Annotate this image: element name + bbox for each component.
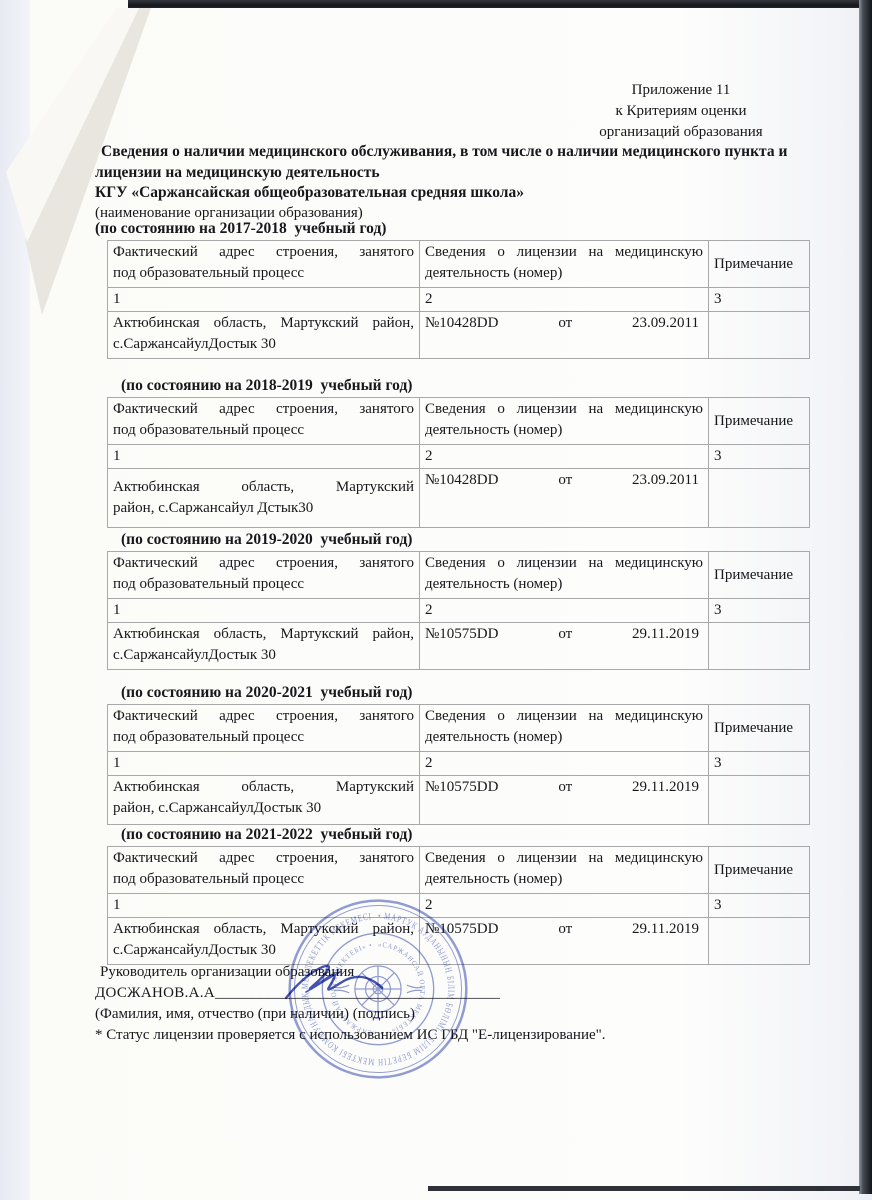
address-cell: Актюбинская область, Мартукский район, с… xyxy=(108,918,420,965)
col2-header-line2: деятельность (номер) xyxy=(425,574,703,595)
column-number-1: 1 xyxy=(108,288,420,312)
license-date: 29.11.2019 xyxy=(632,919,699,940)
col1-header-line2: под образовательный процесс xyxy=(113,574,414,595)
footer-signature-row: ДОСЖАНОВ.А.А____________________________… xyxy=(95,983,775,1004)
year-section: (по состоянию на 2018-2019 учебный год) … xyxy=(107,377,815,528)
col2-header-line1: Сведения о лицензии на медицинскую xyxy=(425,242,703,263)
footer-note: * Статус лицензии проверяется с использо… xyxy=(95,1025,775,1046)
license-table: Фактический адрес строения, занятого под… xyxy=(107,704,810,825)
license-date: 23.09.2011 xyxy=(632,470,699,491)
col2-header-line2: деятельность (номер) xyxy=(425,263,703,284)
col2-header-line2: деятельность (номер) xyxy=(425,869,703,890)
license-from-word: от xyxy=(558,313,572,334)
section-heading: (по состоянию на 2020-2021 учебный год) xyxy=(121,684,815,704)
address-line-1: Актюбинская область, Мартукский район, xyxy=(113,624,414,645)
document-title: Сведения о наличии медицинского обслужив… xyxy=(95,142,801,183)
license-cell: №10575DD от 29.11.2019 xyxy=(420,623,709,670)
column-number-row: 1 2 3 xyxy=(108,288,810,312)
license-table: Фактический адрес строения, занятого под… xyxy=(107,240,810,359)
license-from-word: от xyxy=(558,777,572,798)
table-header-col2: Сведения о лицензии на медицинскую деяте… xyxy=(420,398,709,445)
note-cell xyxy=(709,312,810,359)
table-header-row: Фактический адрес строения, занятого под… xyxy=(108,847,810,894)
address-line-2: с.СаржансайулДостык 30 xyxy=(113,334,414,355)
note-cell xyxy=(709,623,810,670)
license-number: №10575DD xyxy=(425,624,498,645)
table-header-col3: Примечание xyxy=(709,705,810,752)
column-number-row: 1 2 3 xyxy=(108,752,810,776)
address-line-1: Актюбинская область, Мартукский район, xyxy=(113,919,414,940)
table-header-row: Фактический адрес строения, занятого под… xyxy=(108,241,810,288)
table-header-col2: Сведения о лицензии на медицинскую деяте… xyxy=(420,552,709,599)
note-cell xyxy=(709,918,810,965)
note-cell xyxy=(709,469,810,528)
license-table: Фактический адрес строения, занятого под… xyxy=(107,397,810,528)
section-heading: (по состоянию на 2018-2019 учебный год) xyxy=(121,377,815,397)
signature-line: ______________________________________ xyxy=(215,985,500,1001)
table-header-row: Фактический адрес строения, занятого под… xyxy=(108,552,810,599)
document-title-line-1: Сведения о наличии медицинского обслужив… xyxy=(95,142,801,163)
col1-header-line2: под образовательный процесс xyxy=(113,420,414,441)
table-header-col2: Сведения о лицензии на медицинскую деяте… xyxy=(420,847,709,894)
address-cell: Актюбинская область, Мартукский район, с… xyxy=(108,776,420,825)
address-line-2: с.СаржансайулДостык 30 xyxy=(113,940,414,961)
col1-header-line2: под образовательный процесс xyxy=(113,727,414,748)
column-number-row: 1 2 3 xyxy=(108,445,810,469)
col1-header-line1: Фактический адрес строения, занятого xyxy=(113,242,414,263)
license-cell: №10428DD от 23.09.2011 xyxy=(420,312,709,359)
address-line-2: район, с.Саржансайул Дстык30 xyxy=(113,498,414,519)
license-date: 29.11.2019 xyxy=(632,777,699,798)
table-header-col2: Сведения о лицензии на медицинскую деяте… xyxy=(420,705,709,752)
table-header-col2: Сведения о лицензии на медицинскую деяте… xyxy=(420,241,709,288)
column-number-1: 1 xyxy=(108,599,420,623)
table-header-col1: Фактический адрес строения, занятого под… xyxy=(108,705,420,752)
table-data-row: Актюбинская область, Мартукский район, с… xyxy=(108,469,810,528)
scan-edge-top xyxy=(128,0,872,8)
license-date: 23.09.2011 xyxy=(632,313,699,334)
table-header-col3: Примечание xyxy=(709,398,810,445)
appendix-block: Приложение 11 к Критериям оценки организ… xyxy=(556,80,806,143)
footer-caption: (Фамилия, имя, отчество (при наличии) (п… xyxy=(95,1004,775,1025)
appendix-line-3: организаций образования xyxy=(556,122,806,143)
column-number-3: 3 xyxy=(709,752,810,776)
col1-header-line2: под образовательный процесс xyxy=(113,869,414,890)
column-number-3: 3 xyxy=(709,445,810,469)
table-data-row: Актюбинская область, Мартукский район, с… xyxy=(108,918,810,965)
license-table: Фактический адрес строения, занятого под… xyxy=(107,846,810,965)
table-header-col1: Фактический адрес строения, занятого под… xyxy=(108,847,420,894)
note-cell xyxy=(709,776,810,825)
column-number-row: 1 2 3 xyxy=(108,599,810,623)
license-cell: №10575DD от 29.11.2019 xyxy=(420,776,709,825)
license-from-word: от xyxy=(558,470,572,491)
address-cell: Актюбинская область, Мартукский район, с… xyxy=(108,623,420,670)
section-heading: (по состоянию на 2019-2020 учебный год) xyxy=(121,531,815,551)
table-header-col1: Фактический адрес строения, занятого под… xyxy=(108,552,420,599)
table-data-row: Актюбинская область, Мартукский район, с… xyxy=(108,623,810,670)
footer-director-label: Руководитель организации образования xyxy=(95,962,775,983)
license-date: 29.11.2019 xyxy=(632,624,699,645)
address-line-1: Актюбинская область, Мартукский район, xyxy=(113,313,414,334)
col2-header-line1: Сведения о лицензии на медицинскую xyxy=(425,848,703,869)
col2-header-line1: Сведения о лицензии на медицинскую xyxy=(425,706,703,727)
section-heading: (по состоянию на 2017-2018 учебный год) xyxy=(95,220,815,240)
table-header-col3: Примечание xyxy=(709,552,810,599)
column-number-2: 2 xyxy=(420,288,709,312)
col1-header-line2: под образовательный процесс xyxy=(113,263,414,284)
column-number-1: 1 xyxy=(108,445,420,469)
col1-header-line1: Фактический адрес строения, занятого xyxy=(113,848,414,869)
table-header-col1: Фактический адрес строения, занятого под… xyxy=(108,398,420,445)
address-line-1: Актюбинская область, Мартукский xyxy=(113,477,414,498)
license-from-word: от xyxy=(558,919,572,940)
table-data-row: Актюбинская область, Мартукский район, с… xyxy=(108,312,810,359)
column-number-3: 3 xyxy=(709,894,810,918)
column-number-2: 2 xyxy=(420,445,709,469)
address-cell: Актюбинская область, Мартукский район, с… xyxy=(108,469,420,528)
col2-header-line2: деятельность (номер) xyxy=(425,420,703,441)
column-number-3: 3 xyxy=(709,599,810,623)
license-number: №10575DD xyxy=(425,777,498,798)
column-number-1: 1 xyxy=(108,894,420,918)
table-header-col3: Примечание xyxy=(709,847,810,894)
table-header-col1: Фактический адрес строения, занятого под… xyxy=(108,241,420,288)
column-number-2: 2 xyxy=(420,894,709,918)
scan-edge-bottom xyxy=(428,1186,860,1191)
appendix-line-2: к Критериям оценки xyxy=(556,101,806,122)
organization-name: КГУ «Саржансайская общеобразовательная с… xyxy=(95,184,524,202)
address-line-2: район, с.СаржансайулДостык 30 xyxy=(113,798,414,819)
column-number-3: 3 xyxy=(709,288,810,312)
table-header-row: Фактический адрес строения, занятого под… xyxy=(108,398,810,445)
column-number-2: 2 xyxy=(420,599,709,623)
footer-block: Руководитель организации образования ДОС… xyxy=(95,962,775,1046)
appendix-line-1: Приложение 11 xyxy=(556,80,806,101)
column-number-row: 1 2 3 xyxy=(108,894,810,918)
table-header-row: Фактический адрес строения, занятого под… xyxy=(108,705,810,752)
license-number: №10428DD xyxy=(425,470,498,491)
col2-header-line1: Сведения о лицензии на медицинскую xyxy=(425,399,703,420)
scan-edge-right xyxy=(859,0,872,1194)
license-number: №10575DD xyxy=(425,919,498,940)
license-number: №10428DD xyxy=(425,313,498,334)
col1-header-line1: Фактический адрес строения, занятого xyxy=(113,706,414,727)
year-section: (по состоянию на 2017-2018 учебный год) … xyxy=(107,220,815,359)
license-table: Фактический адрес строения, занятого под… xyxy=(107,551,810,670)
scanned-document-page: Приложение 11 к Критериям оценки организ… xyxy=(0,0,872,1200)
address-cell: Актюбинская область, Мартукский район, с… xyxy=(108,312,420,359)
section-heading: (по состоянию на 2021-2022 учебный год) xyxy=(121,826,815,846)
year-section: (по состоянию на 2021-2022 учебный год) … xyxy=(107,826,815,965)
col1-header-line1: Фактический адрес строения, занятого xyxy=(113,399,414,420)
year-section: (по состоянию на 2020-2021 учебный год) … xyxy=(107,684,815,825)
document-title-line-2: лицензии на медицинскую деятельность xyxy=(95,163,801,184)
director-name: ДОСЖАНОВ.А.А xyxy=(95,985,215,1001)
col2-header-line1: Сведения о лицензии на медицинскую xyxy=(425,553,703,574)
col2-header-line2: деятельность (номер) xyxy=(425,727,703,748)
year-section: (по состоянию на 2019-2020 учебный год) … xyxy=(107,531,815,670)
table-header-col3: Примечание xyxy=(709,241,810,288)
address-line-2: с.СаржансайулДостык 30 xyxy=(113,645,414,666)
column-number-1: 1 xyxy=(108,752,420,776)
license-cell: №10428DD от 23.09.2011 xyxy=(420,469,709,528)
table-data-row: Актюбинская область, Мартукский район, с… xyxy=(108,776,810,825)
col1-header-line1: Фактический адрес строения, занятого xyxy=(113,553,414,574)
address-line-1: Актюбинская область, Мартукский xyxy=(113,777,414,798)
column-number-2: 2 xyxy=(420,752,709,776)
license-from-word: от xyxy=(558,624,572,645)
license-cell: №10575DD от 29.11.2019 xyxy=(420,918,709,965)
